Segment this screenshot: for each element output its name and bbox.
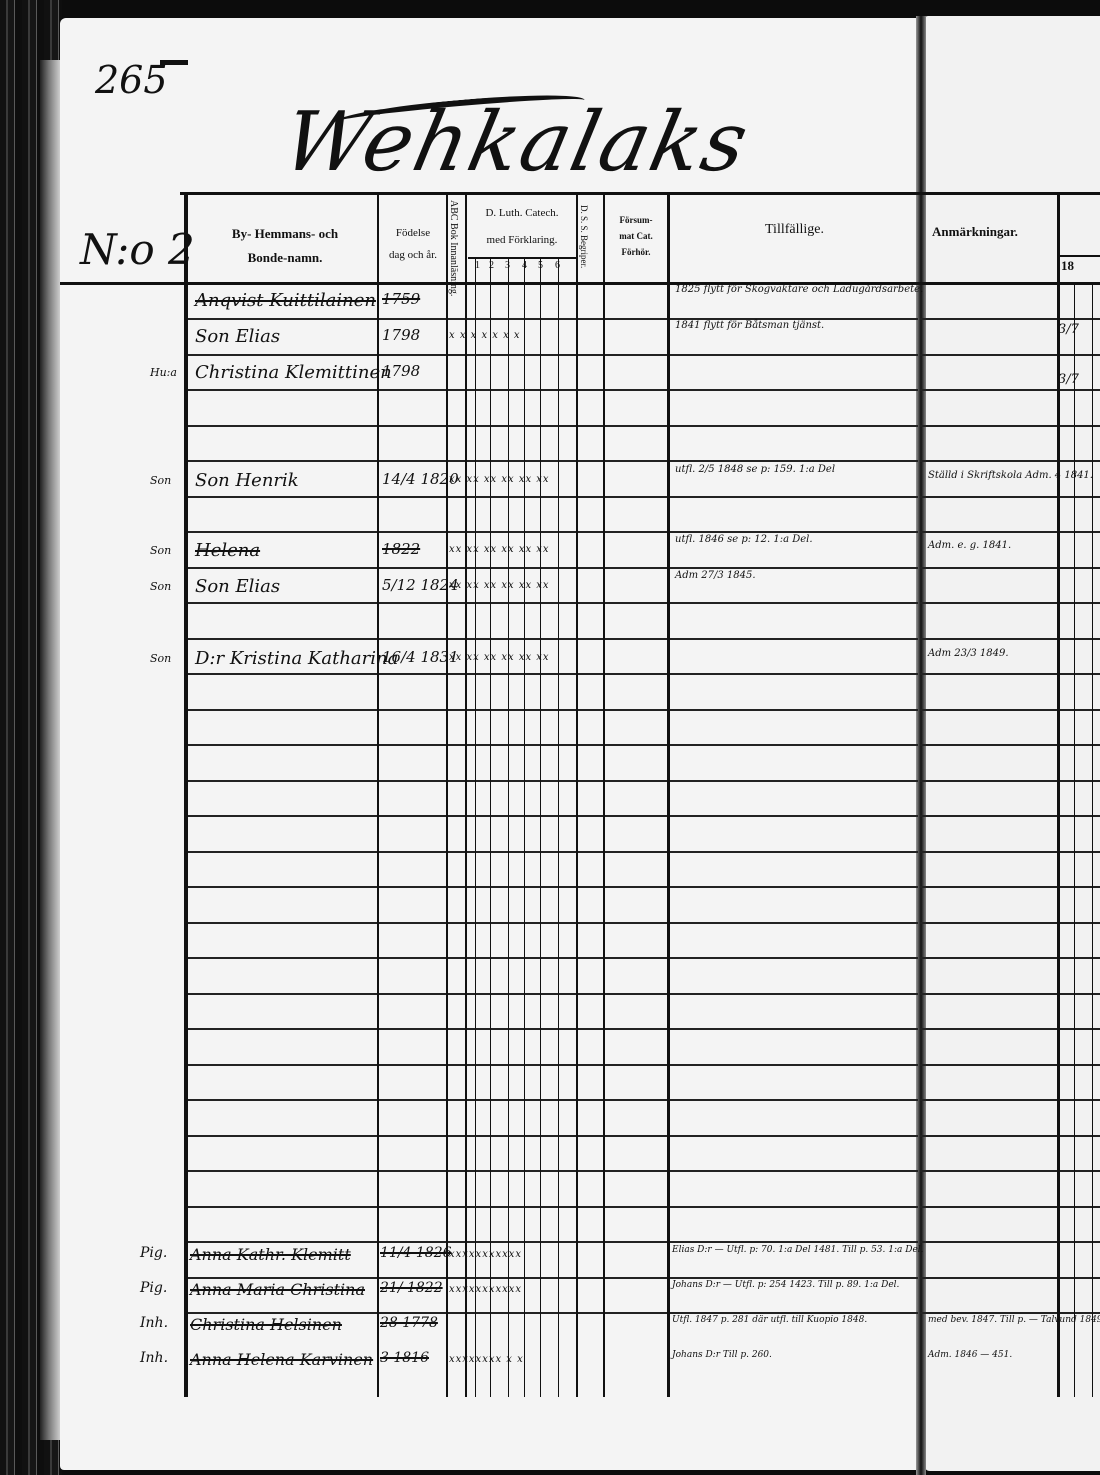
row-role: Inh. <box>140 1350 168 1366</box>
row-line <box>186 460 918 462</box>
row-line <box>920 993 1100 995</box>
row-birth: 5/12 1824 <box>382 576 459 594</box>
col-divider <box>603 192 605 1397</box>
row-line <box>920 851 1100 853</box>
row-line <box>920 1277 1100 1279</box>
row-anmarkningar: med bev. 1847. Till p. — Talvund 1849 <box>928 1315 1100 1325</box>
col-divider <box>490 258 491 1397</box>
row-tillfallige: 1825 flytt för Skogvaktare och Ladugårds… <box>675 284 923 295</box>
row-line <box>186 425 918 427</box>
page-edge <box>40 60 62 1440</box>
row-role: Inh. <box>140 1315 168 1331</box>
row-line <box>186 389 918 391</box>
row-role: Hu:a <box>150 366 177 379</box>
catech-subcol-3: 3 <box>505 260 510 271</box>
header-name-line1: By- Hemmans- och <box>195 222 375 246</box>
row-line <box>920 815 1100 817</box>
row-name: Christina Klemittinen <box>195 362 392 383</box>
row-tillfallige: Adm 27/3 1845. <box>675 570 756 581</box>
row-line <box>920 425 1100 427</box>
village-title: Wehkalaks <box>275 95 758 190</box>
row-line <box>186 780 918 782</box>
col-divider <box>508 258 509 1397</box>
row-role: Son <box>150 544 171 557</box>
col-divider <box>1092 283 1093 1397</box>
col-divider <box>576 192 578 1397</box>
row-line <box>920 496 1100 498</box>
table-top-border <box>180 192 918 195</box>
row-line <box>920 1099 1100 1101</box>
catech-subcol-2: 2 <box>489 260 494 271</box>
col-divider <box>558 258 559 1397</box>
row-line <box>920 1312 1100 1314</box>
row-role: Son <box>150 474 171 487</box>
row-tillfallige: Johans D:r Till p. 260. <box>672 1350 772 1360</box>
row-birth: 1759 <box>382 290 420 308</box>
row-role: Pig. <box>140 1245 167 1261</box>
header-bottom-border <box>60 282 1100 285</box>
row-tillfallige: Utfl. 1847 p. 281 där utfl. till Kuopio … <box>672 1315 867 1325</box>
header-name-line2: Bonde-namn. <box>195 246 375 270</box>
row-line <box>920 886 1100 888</box>
row-tillfallige: utfl. 1846 se p: 12. 1:a Del. <box>675 534 813 545</box>
row-line <box>920 318 1100 320</box>
row-tillfallige: utfl. 2/5 1848 se p: 159. 1:a Del <box>675 464 835 475</box>
row-catech-marks: xx xx xx xx xx xx <box>449 544 550 555</box>
row-name: Son Elias <box>195 326 280 347</box>
row-birth: 1822 <box>382 540 420 558</box>
row-birth: 21/ 1822 <box>380 1280 443 1296</box>
header-birth-line2: dag och år. <box>380 244 446 266</box>
catech-subcol-4: 4 <box>522 260 527 271</box>
header-tillfallige: Tillfällige. <box>765 222 824 238</box>
row-birth: 11/4 1826 <box>380 1245 452 1261</box>
col-divider <box>524 258 525 1397</box>
row-line <box>186 709 918 711</box>
row-catech-marks: xxxxxxxxxxx <box>449 1249 522 1260</box>
table-top-border-right <box>918 192 1100 195</box>
row-line <box>920 389 1100 391</box>
header-abc: ABC Bok Innanläsning. <box>449 200 458 280</box>
row-anmarkningar: Adm. e. g. 1841. <box>928 540 1011 551</box>
row-line <box>920 567 1100 569</box>
header-dss: D. S. S. Begriper. <box>580 205 588 275</box>
header-catech-line2: med Förklaring. <box>468 227 576 254</box>
row-tillfallige: 1841 flytt för Båtsman tjänst. <box>675 320 824 331</box>
header-forsum-line3: Förhör. <box>605 244 667 260</box>
row-line <box>186 922 918 924</box>
col-divider <box>184 192 188 1397</box>
row-line <box>186 851 918 853</box>
row-line <box>186 638 918 640</box>
row-line <box>186 1170 918 1172</box>
row-line <box>920 957 1100 959</box>
header-anmarkningar: Anmärkningar. <box>932 224 1018 240</box>
row-line <box>920 744 1100 746</box>
row-line <box>186 496 918 498</box>
col-divider <box>667 192 670 1397</box>
row-line <box>920 673 1100 675</box>
header-forsum-line2: mat Cat. <box>605 228 667 244</box>
row-line <box>186 1064 918 1066</box>
row-line <box>186 531 918 533</box>
row-line <box>186 1241 918 1243</box>
header-birth-line1: Födelse <box>380 222 446 244</box>
row-anmarkningar: Ställd i Skriftskola Adm. 4 1841. <box>928 470 1093 481</box>
row-line <box>186 744 918 746</box>
row-name: Anna Maria Christina <box>190 1280 365 1299</box>
row-line <box>186 957 918 959</box>
row-line <box>920 1028 1100 1030</box>
header-catech-line1: D. Luth. Catech. <box>468 200 576 227</box>
row-line <box>186 1099 918 1101</box>
header-birth: Födelse dag och år. <box>380 222 446 266</box>
col-divider <box>446 192 448 1397</box>
row-tillfallige: Johans D:r — Utfl. p: 254 1423. Till p. … <box>672 1280 899 1290</box>
header-catech: D. Luth. Catech. med Förklaring. <box>468 200 576 254</box>
year-box-line <box>1058 255 1100 257</box>
header-forsum-line1: Försum- <box>605 212 667 228</box>
row-line <box>186 602 918 604</box>
row-line <box>920 602 1100 604</box>
row-birth: 28 1778 <box>380 1315 438 1331</box>
catech-subcol-1: 1 <box>475 260 480 271</box>
row-birth: 16/4 1831 <box>382 648 459 666</box>
row-line <box>186 354 918 356</box>
col-divider <box>475 258 476 1397</box>
catech-subcol-5: 5 <box>538 260 543 271</box>
row-line <box>920 638 1100 640</box>
row-line <box>920 1170 1100 1172</box>
row-line <box>186 1028 918 1030</box>
row-name: Anna Kathr. Klemitt <box>190 1245 351 1264</box>
row-line <box>920 1206 1100 1208</box>
page-number-dash <box>160 60 188 65</box>
row-line <box>186 1206 918 1208</box>
row-line <box>186 567 918 569</box>
row-line <box>920 460 1100 462</box>
col-divider <box>540 258 541 1397</box>
row-name: Christina Helsinen <box>190 1315 342 1334</box>
header-name: By- Hemmans- och Bonde-namn. <box>195 222 375 270</box>
row-role: Pig. <box>140 1280 167 1296</box>
row-birth: 1798 <box>382 362 420 380</box>
row-tillfallige: Elias D:r — Utfl. p: 70. 1:a Del 1481. T… <box>672 1245 924 1255</box>
col-divider <box>465 192 467 1397</box>
row-catech-marks: xx xx xx xx xx xx <box>449 474 550 485</box>
row-catech-marks: xxxxxxxx x x <box>449 1354 524 1365</box>
row-line <box>920 1135 1100 1137</box>
row-name: Anna Helena Karvinen <box>190 1350 373 1369</box>
row-anmarkningar: Adm 23/3 1849. <box>928 648 1009 659</box>
header-year: 18 <box>1061 258 1074 274</box>
row-name: Helena <box>195 540 260 561</box>
row-line <box>186 993 918 995</box>
row-line <box>920 531 1100 533</box>
row-line <box>186 886 918 888</box>
row-birth: 1798 <box>382 326 420 344</box>
row-name: Son Elias <box>195 576 280 597</box>
row-line <box>186 1312 918 1314</box>
row-catech-marks: x x x x x x x <box>449 330 521 341</box>
row-line <box>920 780 1100 782</box>
row-role: Son <box>150 652 171 665</box>
household-number: N:o 2 <box>80 225 195 274</box>
row-line <box>920 1241 1100 1243</box>
row-line <box>920 922 1100 924</box>
row-line <box>186 1135 918 1137</box>
row-line <box>186 673 918 675</box>
row-role: Son <box>150 580 171 593</box>
row-line <box>186 1277 918 1279</box>
row-anmarkningar: Adm. 1846 — 451. <box>928 1350 1012 1360</box>
row-birth: 3 1816 <box>380 1350 429 1366</box>
row-line <box>186 815 918 817</box>
row-name: Anqvist Kuittilainen <box>195 290 376 311</box>
row-name: Son Henrik <box>195 470 299 491</box>
page-number: 265 <box>95 58 168 102</box>
row-catech-marks: xxxxxxxxxxx <box>449 1284 522 1295</box>
header-forsum: Försum- mat Cat. Förhör. <box>605 212 667 260</box>
catech-subheader-line <box>468 257 576 259</box>
row-line <box>920 354 1100 356</box>
catech-subcol-6: 6 <box>555 260 560 271</box>
row-line <box>920 1064 1100 1066</box>
row-line <box>920 709 1100 711</box>
row-catech-marks: xx xx xx xx xx xx <box>449 580 550 591</box>
row-catech-marks: xx xx xx xx xx xx <box>449 652 550 663</box>
col-divider <box>1074 283 1075 1397</box>
row-birth: 14/4 1820 <box>382 470 459 488</box>
row-name: D:r Kristina Katharina <box>195 648 398 669</box>
right-margin-mark: 3/7 <box>1058 372 1079 387</box>
right-margin-mark: 3/7 <box>1058 322 1079 337</box>
